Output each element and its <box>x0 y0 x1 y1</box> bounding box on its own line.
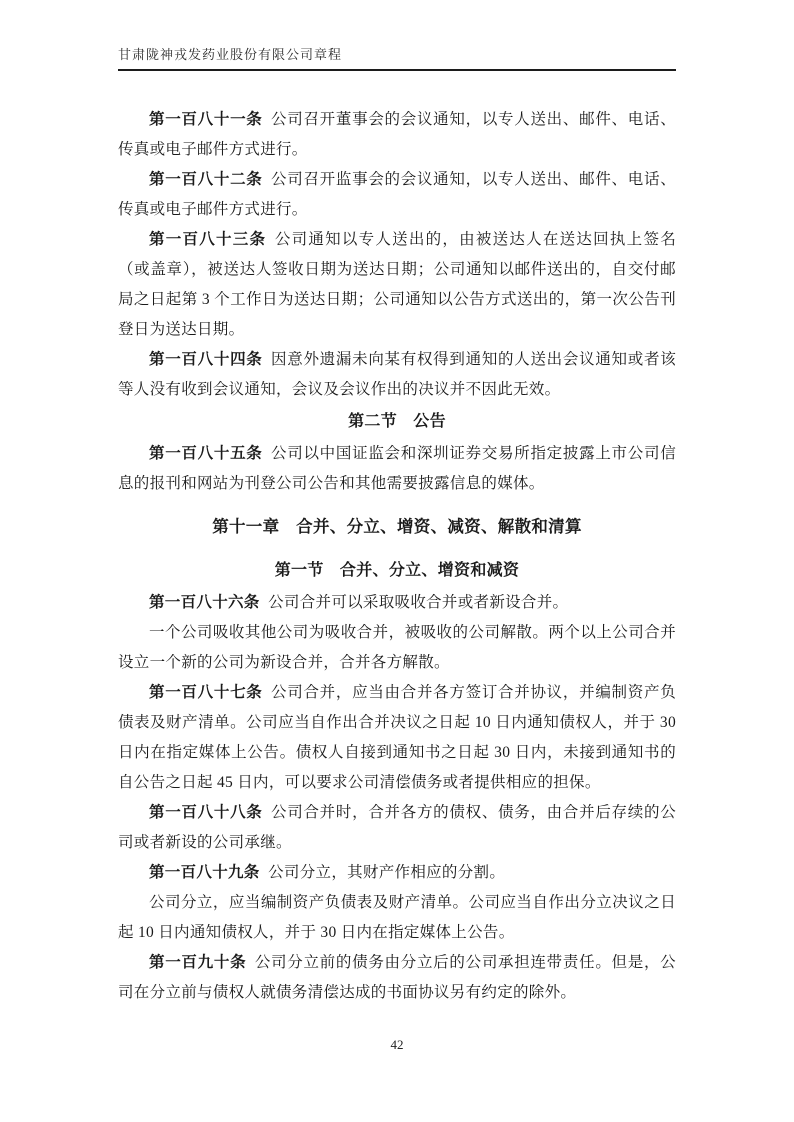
section-heading-announcements: 第二节 公告 <box>118 407 676 437</box>
article-paragraph-181: 第一百八十一条公司召开董事会的会议通知，以专人送出、邮件、电话、传真或电子邮件方… <box>118 105 676 165</box>
chapter-heading-11: 第十一章 合并、分立、增资、减资、解散和清算 <box>118 512 676 542</box>
article-number: 第一百八十五条 <box>149 445 271 462</box>
article-number: 第一百八十四条 <box>149 351 271 368</box>
section-heading-merger-division: 第一节 合并、分立、增资和减资 <box>118 556 676 586</box>
article-paragraph-184: 第一百八十四条因意外遗漏未向某有权得到通知的人送出会议通知或者该等人没有收到会议… <box>118 345 676 405</box>
page-header: 甘肃陇神戎发药业股份有限公司章程 <box>118 46 676 71</box>
article-number: 第一百八十二条 <box>149 171 271 188</box>
article-number: 第一百八十七条 <box>149 684 271 701</box>
article-paragraph-189: 第一百八十九条公司分立，其财产作相应的分割。 <box>118 858 676 888</box>
continuation-paragraph: 一个公司吸收其他公司为吸收合并，被吸收的公司解散。两个以上公司合并设立一个新的公… <box>118 618 676 678</box>
article-number: 第一百八十三条 <box>149 231 275 248</box>
continuation-paragraph: 公司分立，应当编制资产负债表及财产清单。公司应当自作出分立决议之日起 10 日内… <box>118 888 676 948</box>
article-paragraph-183: 第一百八十三条公司通知以专人送出的，由被送达人在送达回执上签名（或盖章），被送达… <box>118 225 676 345</box>
document-body: 第一百八十一条公司召开董事会的会议通知，以专人送出、邮件、电话、传真或电子邮件方… <box>118 105 676 1008</box>
header-title: 甘肃陇神戎发药业股份有限公司章程 <box>118 46 676 64</box>
article-text: 公司合并可以采取吸收合并或者新设合并。 <box>268 594 568 611</box>
page-footer: 42 <box>0 1036 794 1054</box>
article-paragraph-187: 第一百八十七条公司合并，应当由合并各方签订合并协议，并编制资产负债表及财产清单。… <box>118 678 676 798</box>
article-text: 公司分立，其财产作相应的分割。 <box>268 864 505 881</box>
article-number: 第一百八十六条 <box>149 594 268 611</box>
document-page: 甘肃陇神戎发药业股份有限公司章程 第一百八十一条公司召开董事会的会议通知，以专人… <box>0 0 794 1122</box>
article-number: 第一百八十八条 <box>149 804 271 821</box>
article-paragraph-186: 第一百八十六条公司合并可以采取吸收合并或者新设合并。 <box>118 588 676 618</box>
article-number: 第一百九十条 <box>149 954 255 971</box>
article-number: 第一百八十一条 <box>149 111 271 128</box>
article-paragraph-188: 第一百八十八条公司合并时，合并各方的债权、债务，由合并后存续的公司或者新设的公司… <box>118 798 676 858</box>
article-paragraph-190: 第一百九十条公司分立前的债务由分立后的公司承担连带责任。但是，公司在分立前与债权… <box>118 948 676 1008</box>
article-number: 第一百八十九条 <box>149 864 268 881</box>
article-paragraph-185: 第一百八十五条公司以中国证监会和深圳证券交易所指定披露上市公司信息的报刊和网站为… <box>118 439 676 499</box>
page-number: 42 <box>391 1037 404 1052</box>
article-paragraph-182: 第一百八十二条公司召开监事会的会议通知，以专人送出、邮件、电话、传真或电子邮件方… <box>118 165 676 225</box>
